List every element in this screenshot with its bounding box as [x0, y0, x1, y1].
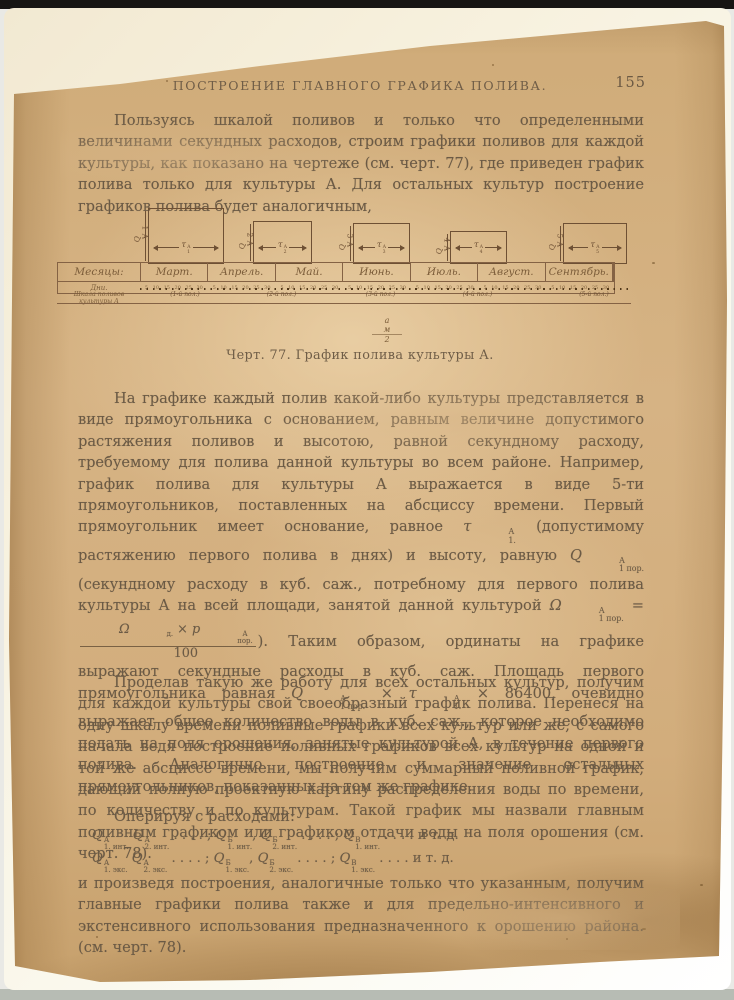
operating-line: Оперируя с расходами: — [78, 806, 644, 827]
figure-rect-2: QА2 τА2 — [253, 221, 312, 264]
month-cell: Март. — [141, 263, 208, 281]
month-cell: Сентябрь. — [546, 263, 614, 281]
figure-rect-1: QА1 τА1 — [148, 208, 224, 264]
month-cell: Апрель. — [208, 263, 275, 281]
paragraph-4: и произведя построения, аналогичные толь… — [78, 873, 644, 959]
q-dimension-label: QА5 — [551, 224, 563, 263]
tau-dimension: τА3 — [359, 240, 404, 256]
month-cell: Август. — [478, 263, 545, 281]
tau-dimension: τА2 — [259, 240, 306, 256]
day-tick-dots — [140, 288, 632, 290]
poliv-marker: (3-й пол.) — [353, 291, 408, 298]
tau-dimension: τА4 — [456, 240, 501, 256]
figure-caption: Черт. 77. График полива культуры А. — [90, 348, 630, 363]
tau-dimension: τА1 — [154, 240, 218, 256]
q-dimension-label: QА4 — [438, 232, 450, 263]
month-cell: Июнь. — [343, 263, 410, 281]
months-row-label: Месяцы: — [58, 263, 141, 281]
tau-dimension: τА5 — [569, 240, 621, 256]
months-row: Месяцы: Март. Апрель. Май. Июнь. Июль. А… — [58, 263, 614, 282]
figure-rect-3: QА3 τА3 — [353, 223, 410, 264]
formula-row-intensive: QА1. инт. QА2. инт. . . . . ; QБ1. инт.,… — [92, 828, 644, 851]
q-dimension-label: QА3 — [341, 224, 353, 263]
figure-rect-5: QА5 τА5 — [563, 223, 627, 264]
poliv-marker: (1-й пол.) — [148, 291, 222, 298]
poliv-marker: (5-й пол.) — [563, 291, 625, 298]
figure-rect-4: QА4 τА4 — [450, 231, 507, 264]
poliv-marker: (2-й пол.) — [253, 291, 310, 298]
poliv-marker: (4-й пол.) — [450, 291, 505, 298]
q-dimension-label: QА2 — [241, 222, 253, 263]
month-cell: Июль. — [411, 263, 478, 281]
foxing-speck — [700, 884, 703, 886]
aged-paper-sheet: ПОСТРОЕНИЕ ГЛАВНОГО ГРАФИКА ПОЛИВА. 155 … — [0, 0, 734, 1000]
month-cell: Май. — [276, 263, 343, 281]
q-dimension-label: QА1 — [136, 209, 148, 263]
scanned-book-page: ПОСТРОЕНИЕ ГЛАВНОГО ГРАФИКА ПОЛИВА. 155 … — [0, 0, 734, 1000]
figure-baseline — [57, 303, 631, 304]
handwritten-scale-note: а м 2 — [372, 316, 402, 344]
formula-row-extensive: QА1. экс. QА2. экс. . . . . ; QБ1. экс.,… — [92, 851, 644, 874]
scan-bottom-edge — [0, 989, 734, 1000]
